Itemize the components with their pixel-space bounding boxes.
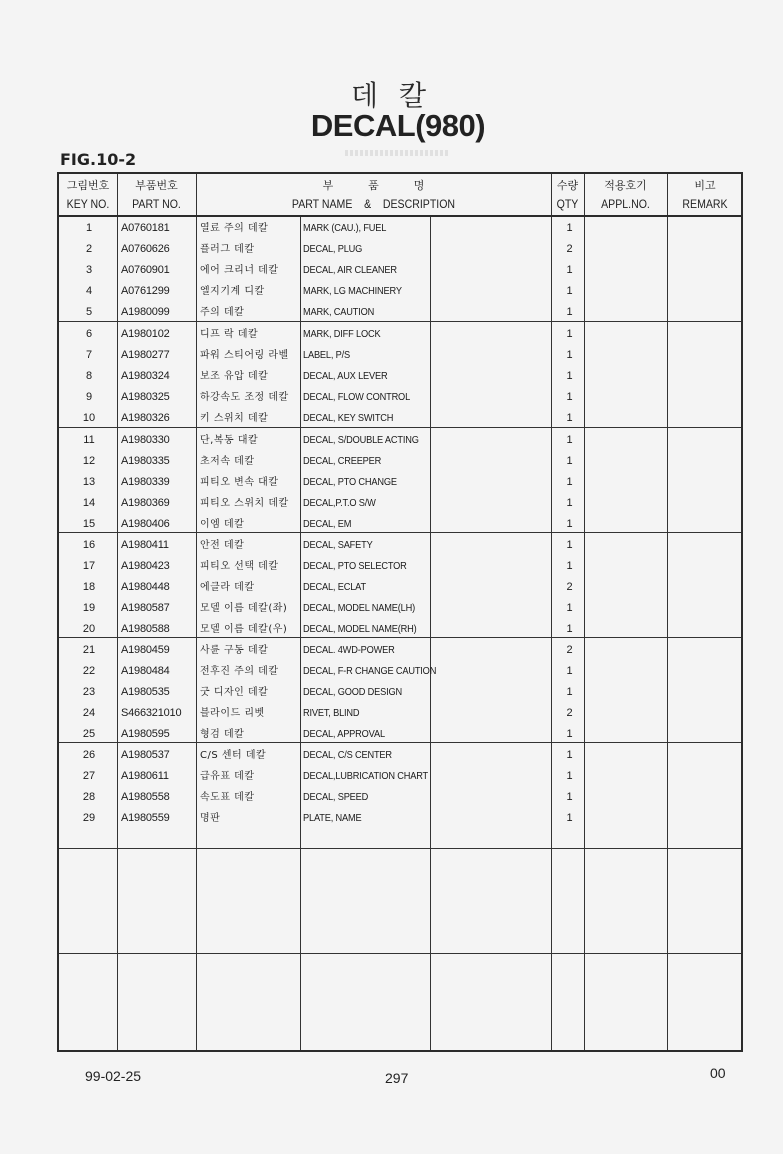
- group-divider: [59, 848, 741, 849]
- korean-name-cell: 디프 락 데칼: [200, 324, 258, 345]
- table-row: 26A1980537C/S 센터 데칼DECAL, C/S CENTER1: [59, 745, 741, 766]
- korean-name-cell: 에클라 데칼: [200, 577, 254, 598]
- part-no-cell: A1980587: [121, 598, 170, 619]
- description-cell: MARK, CAUTION: [303, 302, 374, 323]
- column-header-remark: 비고 REMARK: [667, 174, 743, 217]
- part-no-cell: A0760181: [121, 218, 170, 239]
- korean-name-cell: 급유표 데칼: [200, 766, 254, 787]
- part-no-cell: A1980558: [121, 787, 170, 808]
- korean-name-cell: 피티오 변속 대칼: [200, 472, 278, 493]
- description-cell: DECAL, S/DOUBLE ACTING: [303, 430, 419, 451]
- table-row: 23A1980535굿 디자인 데칼DECAL, GOOD DESIGN1: [59, 682, 741, 703]
- description-cell: DECAL, AUX LEVER: [303, 366, 387, 387]
- part-no-cell: A1980559: [121, 808, 170, 829]
- column-header-qty: 수량 QTY: [551, 174, 584, 217]
- table-row: 7A1980277파워 스티어링 라벨LABEL, P/S1: [59, 345, 741, 366]
- group-divider: [59, 953, 741, 954]
- korean-name-cell: 이엠 데칼: [200, 514, 244, 535]
- korean-name-cell: 굿 디자인 데칼: [200, 682, 268, 703]
- korean-name-cell: 피티오 선택 데칼: [200, 556, 278, 577]
- key-no-cell: 29: [59, 808, 119, 829]
- table-row: 2A0760626플러그 데칼DECAL, PLUG2: [59, 239, 741, 260]
- table-row: 19A1980587모델 이름 데칼(좌)DECAL, MODEL NAME(L…: [59, 598, 741, 619]
- table-row: 27A1980611급유표 데칼DECAL,LUBRICATION CHART1: [59, 766, 741, 787]
- key-no-cell: 15: [59, 514, 119, 535]
- description-cell: DECAL, F-R CHANGE CAUTION: [303, 661, 436, 682]
- table-row: 16A1980411안전 데칼DECAL, SAFETY1: [59, 535, 741, 556]
- column-header-key-no: 그림번호 KEY NO.: [59, 174, 117, 217]
- part-no-cell: A1980595: [121, 724, 170, 745]
- korean-name-cell: 모델 이름 데칼(우): [200, 619, 287, 640]
- table-row: 3A0760901에어 크리너 데칼DECAL, AIR CLEANER1: [59, 260, 741, 281]
- qty-cell: 2: [553, 703, 586, 724]
- qty-cell: 1: [553, 514, 586, 535]
- key-no-cell: 21: [59, 640, 119, 661]
- key-no-cell: 18: [59, 577, 119, 598]
- part-no-cell: A0760626: [121, 239, 170, 260]
- key-no-cell: 27: [59, 766, 119, 787]
- korean-name-cell: 에어 크리너 데칼: [200, 260, 278, 281]
- korean-name-cell: 주의 데칼: [200, 302, 244, 323]
- part-no-cell: A1980339: [121, 472, 170, 493]
- description-cell: MARK, LG MACHINERY: [303, 281, 402, 302]
- description-cell: DECAL, SPEED: [303, 787, 368, 808]
- description-cell: DECAL, SAFETY: [303, 535, 373, 556]
- part-no-cell: A1980459: [121, 640, 170, 661]
- korean-name-cell: 엘지기계 디칼: [200, 281, 265, 302]
- faint-stamp: [345, 150, 450, 156]
- korean-name-cell: 키 스위치 데칼: [200, 408, 268, 429]
- description-cell: DECAL, PTO SELECTOR: [303, 556, 407, 577]
- key-no-cell: 25: [59, 724, 119, 745]
- key-no-cell: 28: [59, 787, 119, 808]
- description-cell: LABEL, P/S: [303, 345, 350, 366]
- description-cell: RIVET, BLIND: [303, 703, 359, 724]
- qty-cell: 1: [553, 430, 586, 451]
- key-no-cell: 17: [59, 556, 119, 577]
- part-no-cell: A1980369: [121, 493, 170, 514]
- table-row: 5A1980099주의 데칼MARK, CAUTION1: [59, 302, 741, 323]
- qty-cell: 1: [553, 324, 586, 345]
- qty-cell: 1: [553, 619, 586, 640]
- description-cell: DECAL, C/S CENTER: [303, 745, 392, 766]
- key-no-cell: 7: [59, 345, 119, 366]
- qty-cell: 1: [553, 493, 586, 514]
- table-row: 10A1980326키 스위치 데칼DECAL, KEY SWITCH1: [59, 408, 741, 429]
- table-row: 25A1980595형검 데칼DECAL, APPROVAL1: [59, 724, 741, 745]
- key-no-cell: 8: [59, 366, 119, 387]
- description-cell: DECAL, PLUG: [303, 239, 362, 260]
- key-no-cell: 13: [59, 472, 119, 493]
- key-no-cell: 4: [59, 281, 119, 302]
- key-no-cell: 24: [59, 703, 119, 724]
- table-row: 4A0761299엘지기계 디칼MARK, LG MACHINERY1: [59, 281, 741, 302]
- key-no-cell: 9: [59, 387, 119, 408]
- part-no-cell: A0760901: [121, 260, 170, 281]
- korean-name-cell: 명판: [200, 808, 220, 829]
- key-no-cell: 26: [59, 745, 119, 766]
- key-no-cell: 3: [59, 260, 119, 281]
- part-no-cell: A0761299: [121, 281, 170, 302]
- revision-number: 00: [710, 1065, 726, 1081]
- qty-cell: 1: [553, 345, 586, 366]
- korean-name-cell: 안전 데칼: [200, 535, 244, 556]
- description-cell: DECAL, MODEL NAME(RH): [303, 619, 417, 640]
- table-row: 21A1980459사륜 구동 데칼DECAL. 4WD-POWER2: [59, 640, 741, 661]
- table-row: 8A1980324보조 유압 데칼DECAL, AUX LEVER1: [59, 366, 741, 387]
- part-no-cell: A1980406: [121, 514, 170, 535]
- qty-cell: 2: [553, 577, 586, 598]
- page-number: 297: [385, 1070, 408, 1086]
- key-no-cell: 20: [59, 619, 119, 640]
- korean-name-cell: 피티오 스위치 데칼: [200, 493, 289, 514]
- korean-name-cell: 파워 스티어링 라벨: [200, 345, 289, 366]
- part-no-cell: A1980535: [121, 682, 170, 703]
- part-no-cell: A1980102: [121, 324, 170, 345]
- part-no-cell: A1980448: [121, 577, 170, 598]
- header-divider: [59, 215, 741, 217]
- description-cell: DECAL, KEY SWITCH: [303, 408, 393, 429]
- figure-label: FIG.10-2: [60, 150, 136, 169]
- key-no-cell: 10: [59, 408, 119, 429]
- footer-date: 99-02-25: [85, 1068, 141, 1084]
- column-header-description: 부 품 명 PART NAME & DESCRIPTION: [196, 174, 551, 217]
- part-no-cell: S466321010: [121, 703, 181, 724]
- part-no-cell: A1980335: [121, 451, 170, 472]
- qty-cell: 2: [553, 640, 586, 661]
- korean-name-cell: C/S 센터 데칼: [200, 745, 266, 766]
- korean-name-cell: 초저속 데칼: [200, 451, 254, 472]
- key-no-cell: 5: [59, 302, 119, 323]
- qty-cell: 1: [553, 556, 586, 577]
- table-row: 12A1980335초저속 데칼DECAL, CREEPER1: [59, 451, 741, 472]
- part-no-cell: A1980423: [121, 556, 170, 577]
- part-no-cell: A1980411: [121, 535, 169, 556]
- part-no-cell: A1980277: [121, 345, 170, 366]
- key-no-cell: 6: [59, 324, 119, 345]
- table-row: 9A1980325하강속도 조정 데칼DECAL, FLOW CONTROL1: [59, 387, 741, 408]
- key-no-cell: 2: [59, 239, 119, 260]
- qty-cell: 1: [553, 408, 586, 429]
- part-no-cell: A1980330: [121, 430, 170, 451]
- description-cell: DECAL, FLOW CONTROL: [303, 387, 410, 408]
- korean-name-cell: 사륜 구동 데칼: [200, 640, 268, 661]
- key-no-cell: 12: [59, 451, 119, 472]
- korean-name-cell: 형검 데칼: [200, 724, 244, 745]
- part-no-cell: A1980324: [121, 366, 170, 387]
- table-row: 18A1980448에클라 데칼DECAL, ECLAT2: [59, 577, 741, 598]
- part-no-cell: A1980099: [121, 302, 170, 323]
- korean-name-cell: 블라이드 리벳: [200, 703, 265, 724]
- korean-name-cell: 플러그 데칼: [200, 239, 254, 260]
- key-no-cell: 1: [59, 218, 119, 239]
- description-cell: PLATE, NAME: [303, 808, 361, 829]
- part-no-cell: A1980325: [121, 387, 170, 408]
- korean-name-cell: 단,복동 대칼: [200, 430, 258, 451]
- table-row: 15A1980406이엠 데칼DECAL, EM1: [59, 514, 741, 535]
- qty-cell: 1: [553, 661, 586, 682]
- qty-cell: 1: [553, 387, 586, 408]
- korean-name-cell: 모델 이름 데칼(좌): [200, 598, 287, 619]
- qty-cell: 2: [553, 239, 586, 260]
- qty-cell: 1: [553, 724, 586, 745]
- qty-cell: 1: [553, 472, 586, 493]
- part-no-cell: A1980326: [121, 408, 170, 429]
- parts-table: 그림번호 KEY NO. 부품번호 PART NO. 부 품 명 PART NA…: [57, 172, 743, 1052]
- qty-cell: 1: [553, 218, 586, 239]
- part-no-cell: A1980484: [121, 661, 170, 682]
- table-row: 13A1980339피티오 변속 대칼DECAL, PTO CHANGE1: [59, 472, 741, 493]
- key-no-cell: 19: [59, 598, 119, 619]
- korean-name-cell: 전후진 주의 데칼: [200, 661, 278, 682]
- korean-name-cell: 하강속도 조정 데칼: [200, 387, 289, 408]
- table-row: 1A0760181열료 주의 데칼MARK (CAU.), FUEL1: [59, 218, 741, 239]
- description-cell: DECAL,P.T.O S/W: [303, 493, 376, 514]
- korean-name-cell: 속도표 데칼: [200, 787, 254, 808]
- part-no-cell: A1980611: [121, 766, 169, 787]
- qty-cell: 1: [553, 787, 586, 808]
- table-row: 20A1980588모델 이름 데칼(우)DECAL, MODEL NAME(R…: [59, 619, 741, 640]
- key-no-cell: 14: [59, 493, 119, 514]
- description-cell: MARK (CAU.), FUEL: [303, 218, 386, 239]
- description-cell: DECAL, APPROVAL: [303, 724, 385, 745]
- description-cell: DECAL, ECLAT: [303, 577, 366, 598]
- table-row: 28A1980558속도표 데칼DECAL, SPEED1: [59, 787, 741, 808]
- part-no-cell: A1980588: [121, 619, 170, 640]
- page-title: DECAL(980): [0, 108, 783, 144]
- table-row: 29A1980559명판PLATE, NAME1: [59, 808, 741, 829]
- qty-cell: 1: [553, 535, 586, 556]
- qty-cell: 1: [553, 766, 586, 787]
- description-cell: MARK, DIFF LOCK: [303, 324, 380, 345]
- key-no-cell: 23: [59, 682, 119, 703]
- key-no-cell: 11: [59, 430, 119, 451]
- qty-cell: 1: [553, 366, 586, 387]
- description-cell: DECAL, CREEPER: [303, 451, 381, 472]
- column-header-appl-no: 적용호기 APPL.NO.: [584, 174, 667, 217]
- description-cell: DECAL, PTO CHANGE: [303, 472, 397, 493]
- key-no-cell: 22: [59, 661, 119, 682]
- qty-cell: 1: [553, 451, 586, 472]
- korean-name-cell: 열료 주의 데칼: [200, 218, 268, 239]
- description-cell: DECAL. 4WD-POWER: [303, 640, 395, 661]
- description-cell: DECAL,LUBRICATION CHART: [303, 766, 428, 787]
- table-row: 22A1980484전후진 주의 데칼DECAL, F-R CHANGE CAU…: [59, 661, 741, 682]
- qty-cell: 1: [553, 808, 586, 829]
- qty-cell: 1: [553, 281, 586, 302]
- table-row: 17A1980423피티오 선택 데칼DECAL, PTO SELECTOR1: [59, 556, 741, 577]
- qty-cell: 1: [553, 302, 586, 323]
- korean-name-cell: 보조 유압 데칼: [200, 366, 268, 387]
- qty-cell: 1: [553, 682, 586, 703]
- qty-cell: 1: [553, 260, 586, 281]
- description-cell: DECAL, MODEL NAME(LH): [303, 598, 415, 619]
- table-row: 14A1980369피티오 스위치 데칼DECAL,P.T.O S/W1: [59, 493, 741, 514]
- table-row: 6A1980102디프 락 데칼MARK, DIFF LOCK1: [59, 324, 741, 345]
- qty-cell: 1: [553, 745, 586, 766]
- column-header-part-no: 부품번호 PART NO.: [117, 174, 196, 217]
- key-no-cell: 16: [59, 535, 119, 556]
- table-row: 11A1980330단,복동 대칼DECAL, S/DOUBLE ACTING1: [59, 430, 741, 451]
- description-cell: DECAL, AIR CLEANER: [303, 260, 397, 281]
- qty-cell: 1: [553, 598, 586, 619]
- table-row: 24S466321010블라이드 리벳RIVET, BLIND2: [59, 703, 741, 724]
- description-cell: DECAL, EM: [303, 514, 351, 535]
- description-cell: DECAL, GOOD DESIGN: [303, 682, 402, 703]
- part-no-cell: A1980537: [121, 745, 170, 766]
